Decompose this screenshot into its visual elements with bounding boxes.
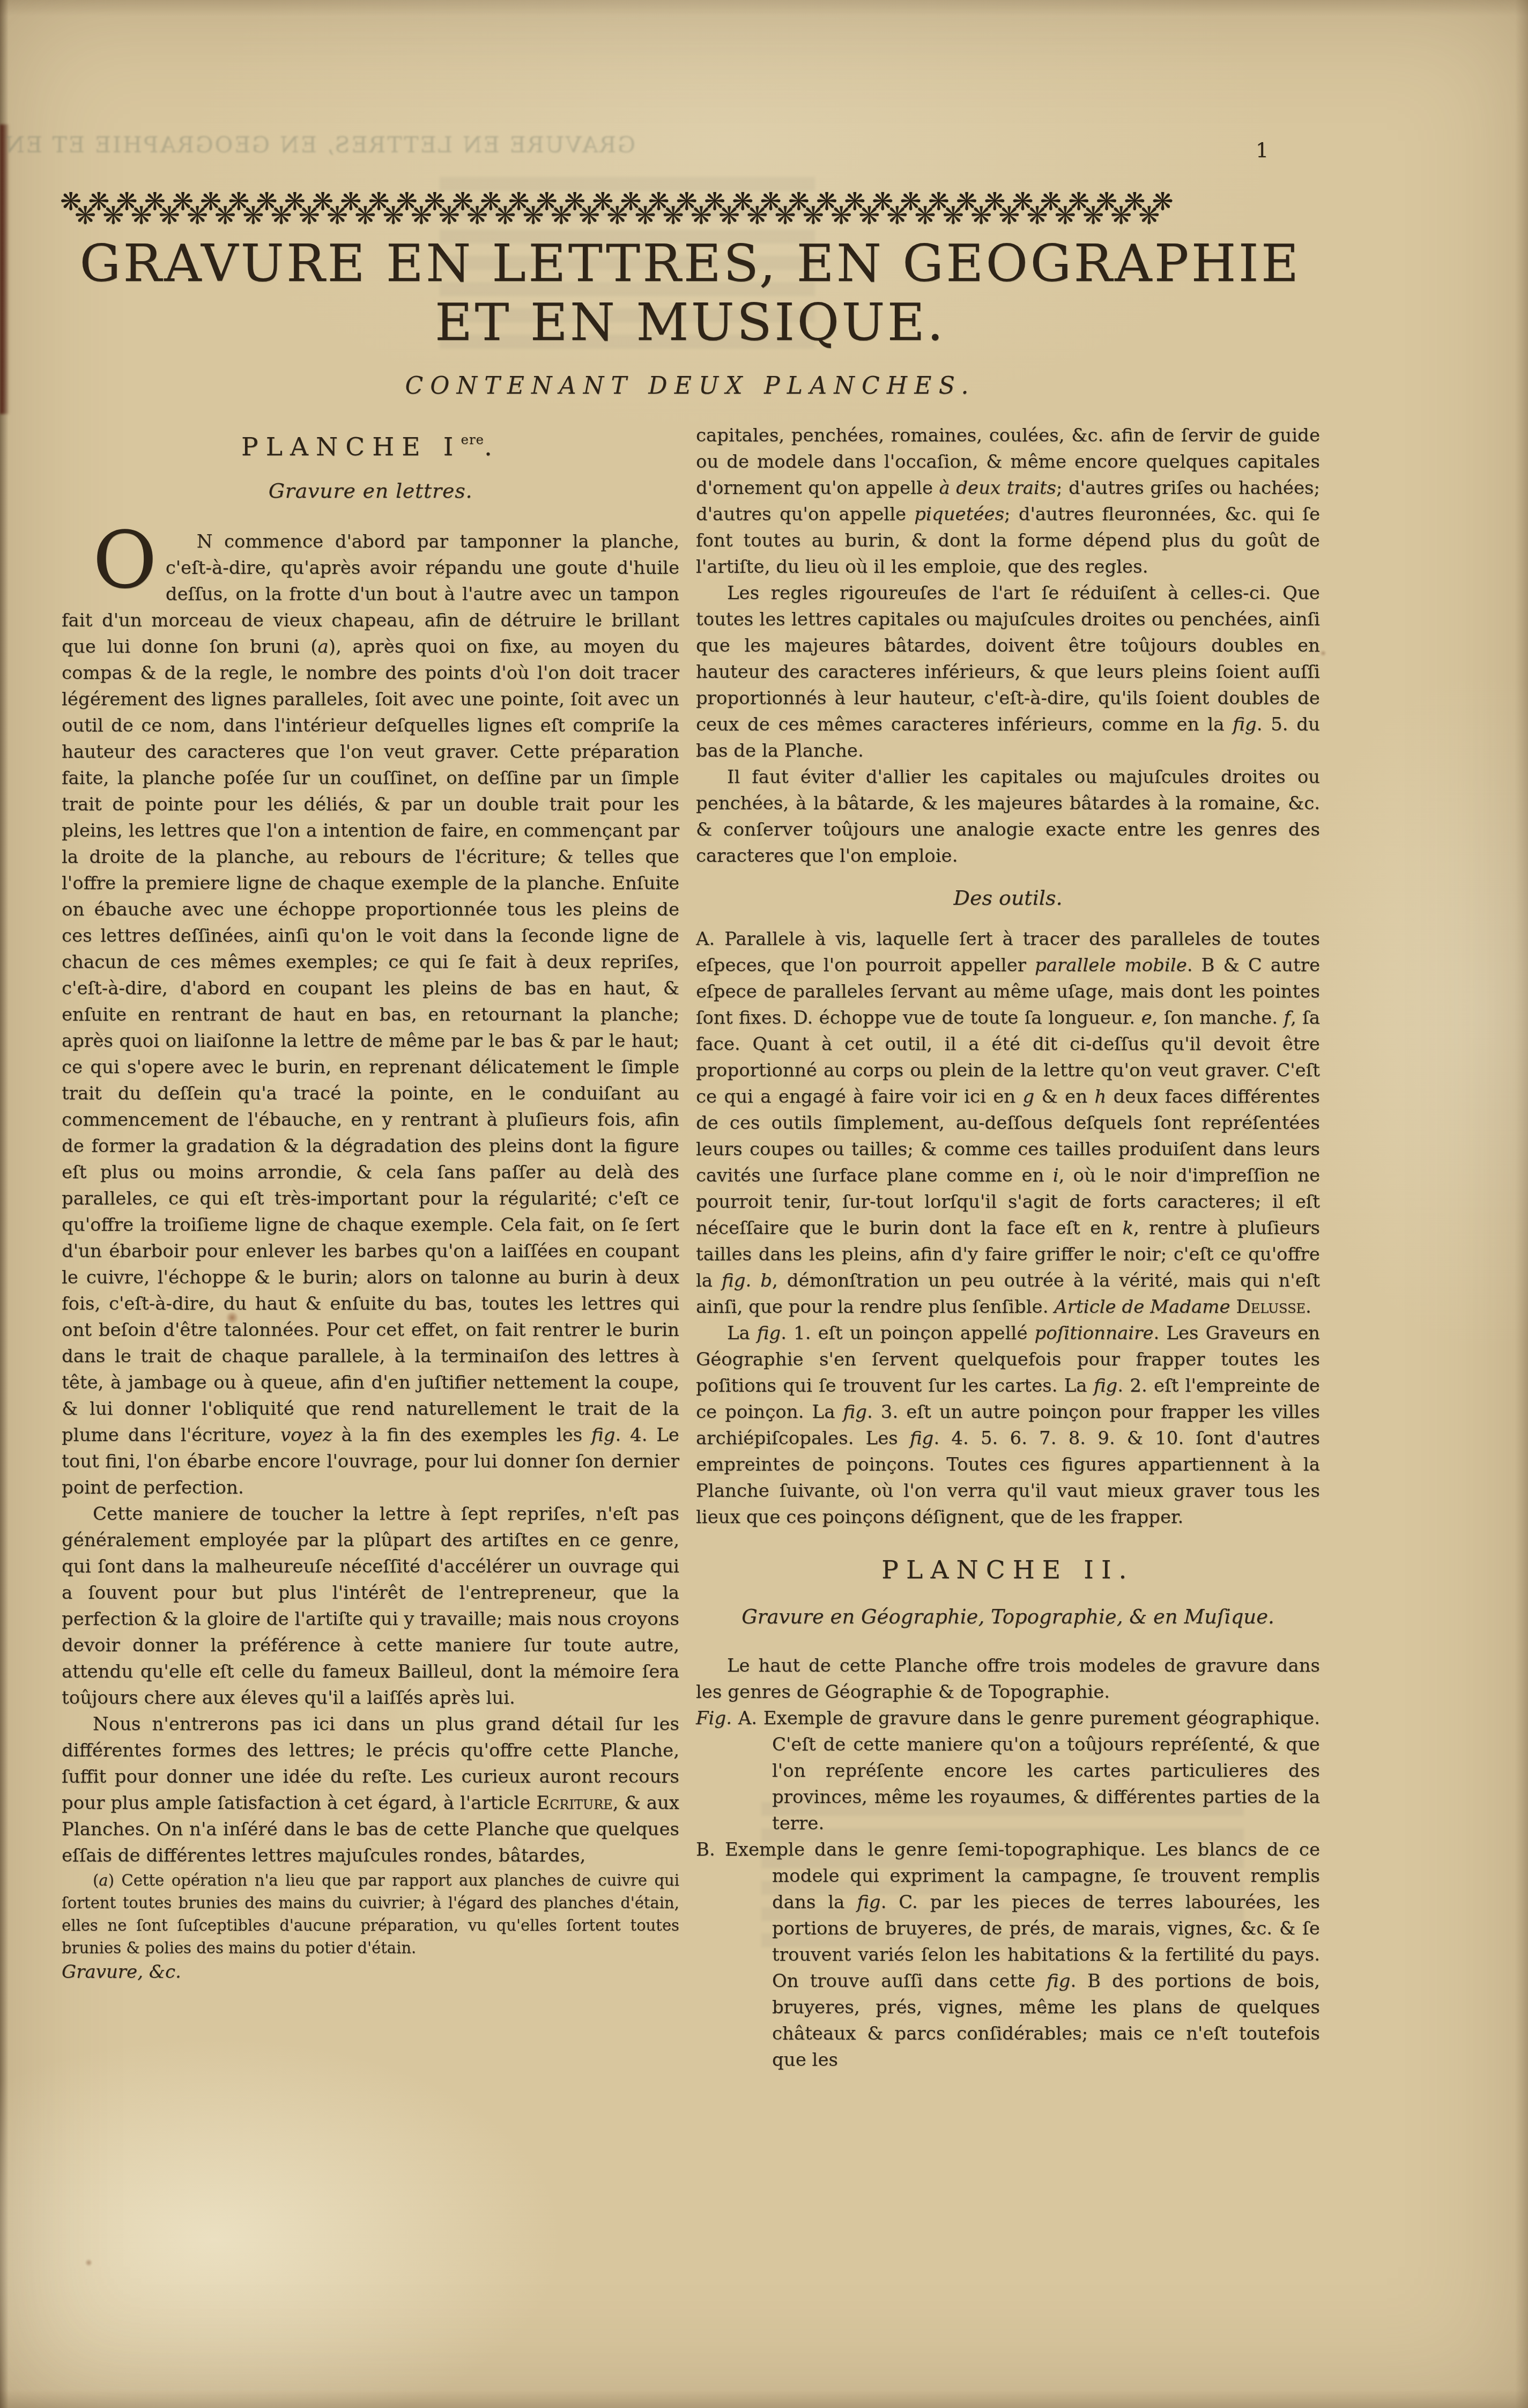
right-column: capitales, penchées, romaines, coulées, … [696,423,1320,2073]
stain-spot [85,2259,93,2266]
scan-edge-shadow [0,124,10,414]
body-paragraph: Il faut éviter d'allier les capitales ou… [696,764,1320,869]
stain-spot [1320,650,1326,656]
plate1-heading-text: PLANCHE I [241,432,461,462]
body-paragraph: ON commence d'abord par tamponner la pla… [62,529,679,1501]
footnote: (a) Cette opération n'a lieu que par rap… [62,1869,679,1959]
fleuron-ornament-band: ❋❋❋❋❋❋❋❋❋❋❋❋❋❋❋❋❋❋❋❋❋❋❋❋❋❋❋❋❋❋❋❋❋❋❋❋❋❋❋❋… [60,192,1261,225]
figure-item-A: Fig. A. Exemple de gravure dans le genre… [696,1705,1320,1837]
page-title-line2: ET EN MUSIQUE. [62,293,1319,352]
page-title: GRAVURE EN LETTRES, EN GEOGRAPHIE ET EN … [62,234,1319,352]
plate2-subheading: Gravure en Géographie, Topographie, & en… [696,1605,1320,1629]
body-paragraph: capitales, penchées, romaines, coulées, … [696,423,1320,580]
paragraph-text: N commence d'abord par tamponner la plan… [62,531,679,1498]
page-subtitle: CONTENANT DEUX PLANCHES. [62,372,1319,400]
plate1-heading-sup: ere [461,432,484,447]
page-number: 1 [1256,138,1269,162]
plate1-heading-period: . [484,432,500,462]
outils-heading: Des outils. [696,885,1320,910]
body-paragraph: La fig. 1. eſt un poinçon appellé poſiti… [696,1320,1320,1531]
figure-item-B: B. Exemple dans le genre ſemi-topographi… [696,1837,1320,2073]
plate2-heading: PLANCHE II. [696,1555,1320,1585]
bleedthrough-title: GRAVURE EN LETTRES, EN GEOGRAPHIE ET EN … [153,132,635,158]
scanned-document-page: GRAVURE EN LETTRES, EN GEOGRAPHIE ET EN … [0,0,1528,2408]
body-paragraph: Cette maniere de toucher la lettre à ſep… [62,1501,679,1711]
dropcap-initial: O [62,529,166,588]
plate1-subheading: Gravure en lettres. [62,478,679,503]
plate1-heading: PLANCHE Iere. [62,425,679,462]
body-paragraph: Le haut de cette Planche offre trois mod… [696,1653,1320,1705]
body-paragraph: A. Parallele à vis, laquelle ſert à trac… [696,926,1320,1320]
left-column: PLANCHE Iere. Gravure en lettres. ON com… [62,423,679,1985]
signature-catchword: Gravure, &c. [62,1959,679,1985]
body-paragraph: Nous n'entrerons pas ici dans un plus gr… [62,1711,679,1869]
fleuron-row: ❋❋❋❋❋❋❋❋❋❋❋❋❋❋❋❋❋❋❋❋❋❋❋❋❋❋❋❋❋❋❋❋❋❋❋❋❋❋❋ [75,206,1261,225]
page-title-line1: GRAVURE EN LETTRES, EN GEOGRAPHIE [62,234,1319,293]
body-paragraph: Les regles rigoureuſes de l'art ſe rédui… [696,580,1320,764]
